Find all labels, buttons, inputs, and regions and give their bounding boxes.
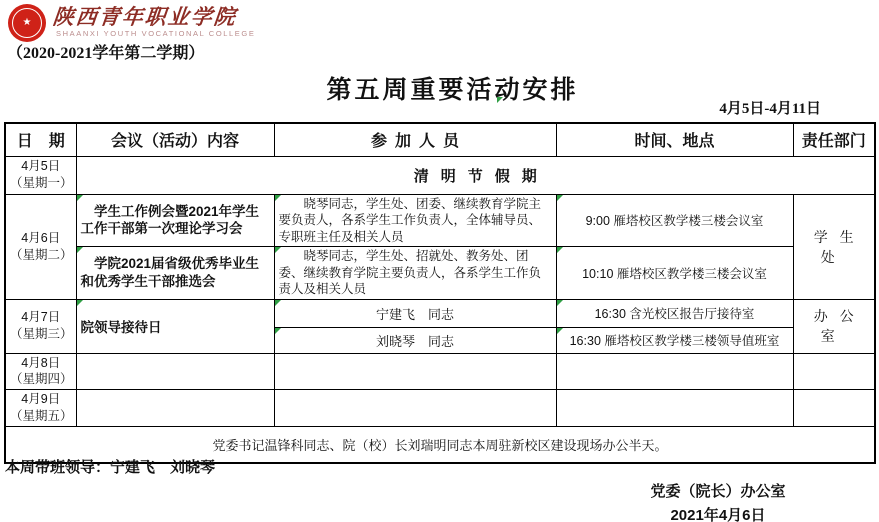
participants-cell: 晓琴同志，学生处、团委、继续教育学院主要负责人，各系学生工作负责人，全体辅导员、… [274, 194, 556, 247]
date-cell-apr5: 4月5日 （星期一） [5, 156, 76, 194]
issuing-office: 党委（院长）办公室 [608, 480, 828, 504]
empty-cell [793, 353, 875, 390]
week-date-range: 4月5日-4月11日 [719, 97, 821, 118]
row-apr9: 4月9日 （星期五） [5, 390, 875, 427]
participants-cell: 刘晓琴 同志 [274, 327, 556, 353]
seal-ring: ★ [12, 8, 42, 38]
schedule-table: 日 期 会议（活动）内容 参加人员 时间、地点 责任部门 4月5日 （星期一） … [4, 122, 876, 464]
activity-content-cell: 院领导接待日 [76, 299, 274, 353]
time-place-cell: 9:00 雁塔校区教学楼三楼会议室 [556, 194, 793, 247]
header-row: 日 期 会议（活动）内容 参加人员 时间、地点 责任部门 [5, 123, 875, 156]
college-seal-logo: ★ [8, 4, 46, 42]
row-apr6-activity1: 4月6日 （星期二） 学生工作例会暨2021年学生工作干部第一次理论学习会 晓琴… [5, 194, 875, 247]
date-text: 4月5日 [10, 158, 72, 175]
row-apr8: 4月8日 （星期四） [5, 353, 875, 390]
time-place-cell: 16:30 雁塔校区教学楼三楼领导值班室 [556, 327, 793, 353]
college-name-english: SHAANXI YOUTH VOCATIONAL COLLEGE [56, 29, 255, 38]
col-header-content: 会议（活动）内容 [76, 123, 274, 156]
star-icon: ★ [23, 18, 32, 28]
col-header-time-place: 时间、地点 [556, 123, 793, 156]
time-place-cell: 16:30 含光校区报告厅接待室 [556, 299, 793, 327]
empty-cell [76, 353, 274, 390]
date-text: 4月9日 [10, 391, 72, 408]
comment-marker-icon [497, 97, 503, 103]
date-cell-apr8: 4月8日 （星期四） [5, 353, 76, 390]
date-text: 4月8日 [10, 355, 72, 372]
row-apr5: 4月5日 （星期一） 清明节假期 [5, 156, 875, 194]
signature-block: 党委（院长）办公室 2021年4月6日 [608, 480, 828, 522]
weekday-text: （星期一） [10, 175, 72, 192]
date-text: 4月7日 [10, 309, 72, 326]
empty-cell [556, 390, 793, 427]
college-name-calligraphy: 陕西青年职业学院 [51, 1, 238, 31]
activity-content-cell: 学生工作例会暨2021年学生工作干部第一次理论学习会 [76, 194, 274, 247]
weekday-text: （星期四） [10, 371, 72, 388]
empty-cell [274, 353, 556, 390]
department-cell-student-affairs: 学生处 [793, 194, 875, 299]
empty-cell [556, 353, 793, 390]
date-cell-apr9: 4月9日 （星期五） [5, 390, 76, 427]
issue-date: 2021年4月6日 [608, 504, 828, 522]
date-cell-apr7: 4月7日 （星期三） [5, 299, 76, 353]
empty-cell [793, 390, 875, 427]
semester-label: （2020-2021学年第二学期） [7, 40, 204, 63]
row-apr6-activity2: 学院2021届省级优秀毕业生和优秀学生干部推选会 晓琴同志，学生处、招就处、教务… [5, 247, 875, 300]
col-header-department: 责任部门 [793, 123, 875, 156]
row-apr7-slot1: 4月7日 （星期三） 院领导接待日 宁建飞 同志 16:30 含光校区报告厅接待… [5, 299, 875, 327]
participants-cell: 宁建飞 同志 [274, 299, 556, 327]
empty-cell [76, 390, 274, 427]
col-header-participants: 参加人员 [274, 123, 556, 156]
activity-content-cell: 学院2021届省级优秀毕业生和优秀学生干部推选会 [76, 247, 274, 300]
date-text: 4月6日 [10, 230, 72, 247]
duty-leaders-line: 本周带班领导：宁建飞 刘晓琴 [5, 456, 215, 477]
time-place-cell: 10:10 雁塔校区教学楼三楼会议室 [556, 247, 793, 300]
weekly-schedule-document: ★ 陕西青年职业学院 SHAANXI YOUTH VOCATIONAL COLL… [0, 0, 879, 522]
date-cell-apr6: 4月6日 （星期二） [5, 194, 76, 299]
weekday-text: （星期二） [10, 247, 72, 264]
col-header-date: 日 期 [5, 123, 76, 156]
weekday-text: （星期三） [10, 326, 72, 343]
department-cell-office: 办公室 [793, 299, 875, 353]
holiday-cell: 清明节假期 [76, 156, 875, 194]
empty-cell [274, 390, 556, 427]
weekday-text: （星期五） [10, 408, 72, 425]
participants-cell: 晓琴同志，学生处、招就处、教务处、团委、继续教育学院主要负责人，各系学生工作负责… [274, 247, 556, 300]
